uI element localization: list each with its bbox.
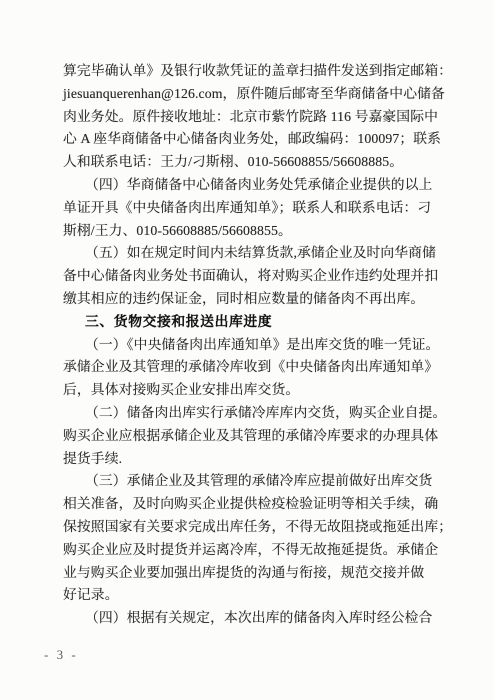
text-line: 肉业务处。原件接收地址：北京市紫竹院路 116 号嘉豪国际中: [63, 106, 463, 129]
paragraph-start: （二）储备肉出库实行承储冷库库内交货，购买企业自提。: [63, 402, 463, 425]
paragraph-start: （五）如在规定时间内未结算货款,承储企业及时向华商储: [63, 242, 463, 265]
paragraph-start: （四）根据有关规定，本次出库的储备肉入库时经公检合: [63, 607, 463, 630]
text-line: 备中心储备肉业务处书面确认，将对购买企业作违约处理并扣: [63, 265, 463, 288]
text-line: 提货手续.: [63, 448, 463, 471]
paragraph-start: （一）《中央储备肉出库通知单》是出库交货的唯一凭证。: [63, 334, 463, 357]
text-line: 算完毕确认单》及银行收款凭证的盖章扫描件发送到指定邮箱：: [63, 60, 463, 83]
text-line: 单证开具《中央储备肉出库通知单》；联系人和联系电话：刁: [63, 197, 463, 220]
text-line: 购买企业应根据承储企业及其管理的承储冷库要求的办理具体: [63, 425, 463, 448]
text-line: 承储企业及其管理的承储冷库收到《中央储备肉出库通知单》: [63, 356, 463, 379]
section-heading: 三、货物交接和报送出库进度: [63, 311, 463, 334]
document-page: 算完毕确认单》及银行收款凭证的盖章扫描件发送到指定邮箱： jiesuanquer…: [0, 0, 494, 700]
text-line: 心 A 座华商储备中心储备肉业务处，邮政编码：100097；联系: [63, 128, 463, 151]
text-line: 好记录。: [63, 584, 463, 607]
text-line: 后，具体对接购买企业安排出库交货。: [63, 379, 463, 402]
text-line: 购买企业应及时提货并运离冷库，不得无故拖延提货。承储企: [63, 539, 463, 562]
text-line: 斯栩/王力、010-56608885/56608855。: [63, 220, 463, 243]
text-line: jiesuanquerenhan@126.com，原件随后邮寄至华商储备中心储备: [63, 83, 463, 106]
text-line: 缴其相应的违约保证金，同时相应数量的储备肉不再出库。: [63, 288, 463, 311]
paragraph-start: （四）华商储备中心储备肉业务处凭承储企业提供的以上: [63, 174, 463, 197]
page-number: - 3 -: [44, 647, 78, 663]
text-line: 相关准备，及时向购买企业提供检疫检验证明等相关手续，确: [63, 493, 463, 516]
page-body: 算完毕确认单》及银行收款凭证的盖章扫描件发送到指定邮箱： jiesuanquer…: [63, 60, 463, 630]
paragraph-start: （三）承储企业及其管理的承储冷库应提前做好出库交货: [63, 470, 463, 493]
text-line: 保按照国家有关要求完成出库任务，不得无故阻挠或拖延出库；: [63, 516, 463, 539]
text-line: 人和联系电话：王力/刁斯栩、010-56608855/56608885。: [63, 151, 463, 174]
text-line: 业与购买企业要加强出库提货的沟通与衔接，规范交接并做: [63, 562, 463, 585]
